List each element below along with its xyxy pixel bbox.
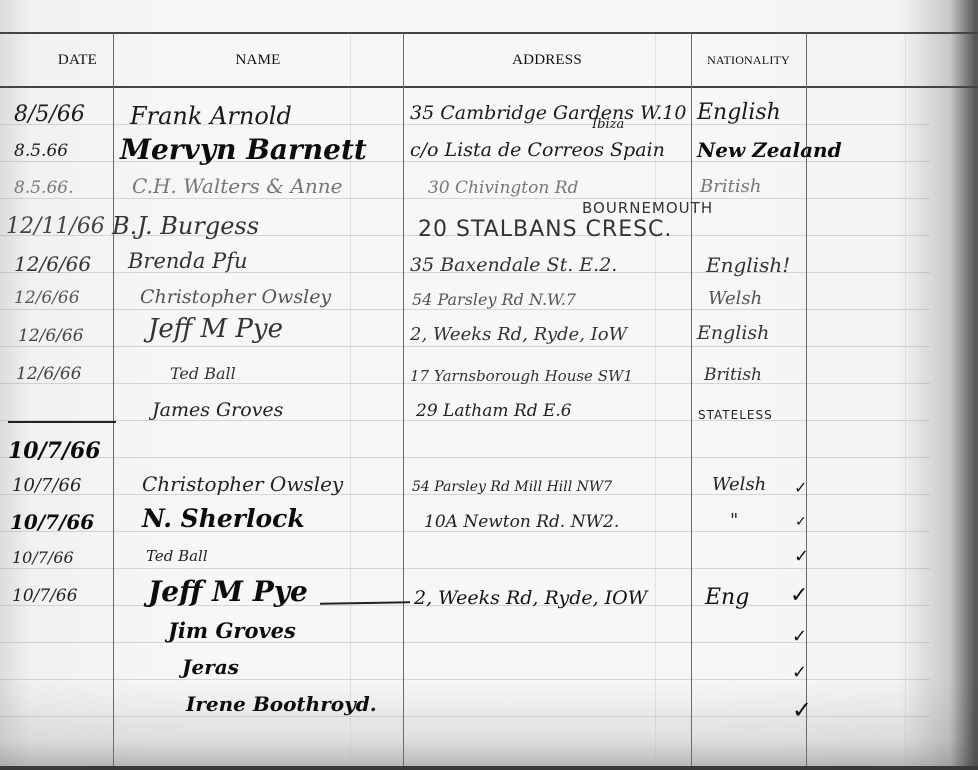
entry-nationality: British xyxy=(704,367,762,384)
entry-name: Jeff M Pye xyxy=(148,578,308,606)
entry-name: Ted Ball xyxy=(170,366,236,382)
entry-date: 12/6/66 xyxy=(14,254,91,274)
check-mark-icon: ✓ xyxy=(794,548,809,566)
row-rule xyxy=(0,346,930,347)
header-name: NAME xyxy=(113,33,403,87)
row-rule xyxy=(0,642,930,643)
entry-nationality: English xyxy=(697,324,769,343)
entry-name: Brenda Pfu xyxy=(128,251,248,272)
entry-nationality: New Zealand xyxy=(697,140,842,160)
entry-address: c/o Lista de Correos Spain xyxy=(410,141,665,160)
entry-address: 35 Cambridge Gardens W.10 xyxy=(410,104,686,123)
entry-address: 54 Parsley Rd Mill Hill NW7 xyxy=(412,480,612,494)
row-rule xyxy=(0,568,930,569)
entry-date: 12/6/66 xyxy=(18,328,84,345)
entry-nationality: English xyxy=(697,102,781,124)
entry-name: Ted Ball xyxy=(146,549,208,564)
row-rule xyxy=(0,457,930,458)
entry-address: 35 Baxendale St. E.2. xyxy=(410,256,617,275)
entry-date: 10/7/66 xyxy=(8,440,101,462)
row-rule xyxy=(0,198,930,199)
column-rule xyxy=(403,33,404,766)
entry-nationality: English! xyxy=(706,255,790,275)
entry-name: Jim Groves xyxy=(168,620,296,641)
entry-address: 10A Newton Rd. NW2. xyxy=(424,514,619,531)
entry-address: 54 Parsley Rd N.W.7 xyxy=(412,292,576,308)
row-rule xyxy=(0,716,930,717)
check-mark-icon: ✓ xyxy=(794,480,807,496)
entry-address-note: BOURNEMOUTH xyxy=(582,201,713,216)
entry-address: 29 Latham Rd E.6 xyxy=(416,403,572,420)
entry-date: 10/7/66 xyxy=(12,588,78,605)
check-mark-icon: ✓ xyxy=(792,664,807,682)
register-page: DATE NAME ADDRESS NATIONALITY 8/5/66 Fra… xyxy=(0,0,978,770)
column-rule xyxy=(113,33,114,766)
entry-date: 10/7/66 xyxy=(12,477,81,495)
entry-date: 12/6/66 xyxy=(16,366,82,383)
entry-address: 2, Weeks Rd, Ryde, IoW xyxy=(410,326,627,344)
header-address: ADDRESS xyxy=(403,33,691,87)
entry-address: 30 Chivington Rd xyxy=(428,180,578,197)
page-bottom-edge xyxy=(0,766,978,770)
check-mark-icon: ✓ xyxy=(795,515,807,529)
entry-name: Jeff M Pye xyxy=(148,316,283,342)
entry-address: 2, Weeks Rd, Ryde, IOW xyxy=(414,589,647,608)
entry-nationality: Welsh xyxy=(708,290,762,308)
row-rule xyxy=(0,679,930,680)
entry-date: 8/5/66 xyxy=(14,104,85,126)
row-rule xyxy=(0,309,930,310)
bleed-through-line xyxy=(905,33,906,766)
header-nationality: NATIONALITY xyxy=(691,33,806,87)
column-rule xyxy=(691,33,692,766)
check-mark-icon: ✓ xyxy=(792,628,807,646)
entry-name: C.H. Walters & Anne xyxy=(132,176,343,196)
entry-nationality: STATELESS xyxy=(698,409,773,421)
section-divider xyxy=(8,421,116,423)
entry-address: 20 STALBANS CRESC. xyxy=(418,219,672,241)
entry-date: 10/7/66 xyxy=(12,550,74,566)
entry-address: 17 Yarnsborough House SW1 xyxy=(410,369,633,384)
entry-date: 12/11/66 xyxy=(6,216,105,238)
check-mark-icon: ✓ xyxy=(792,698,812,722)
entry-date: 8.5.66. xyxy=(14,180,73,197)
entry-address-note: Ibiza xyxy=(592,118,624,131)
header-date: DATE xyxy=(40,33,115,87)
entry-name: James Groves xyxy=(152,401,283,420)
entry-name: Christopher Owsley xyxy=(142,474,343,494)
entry-name: Irene Boothroyd. xyxy=(186,694,377,714)
entry-name: N. Sherlock xyxy=(142,506,305,531)
entry-name: Frank Arnold xyxy=(130,104,292,128)
entry-date: 8.5.66 xyxy=(14,143,68,160)
entry-date: 10/7/66 xyxy=(10,512,94,532)
entry-name: Christopher Owsley xyxy=(140,288,331,307)
entry-nationality: Welsh xyxy=(712,476,766,494)
entry-nationality: Eng xyxy=(705,587,749,609)
entry-name: Jeras xyxy=(182,657,239,677)
entry-name: Mervyn Barnett xyxy=(120,136,367,164)
entry-nationality: " xyxy=(730,512,738,530)
entry-date: 12/6/66 xyxy=(14,290,80,307)
check-mark-icon: ✓ xyxy=(790,585,808,607)
entry-name: B.J. Burgess xyxy=(112,214,259,238)
entry-nationality: British xyxy=(700,178,761,196)
